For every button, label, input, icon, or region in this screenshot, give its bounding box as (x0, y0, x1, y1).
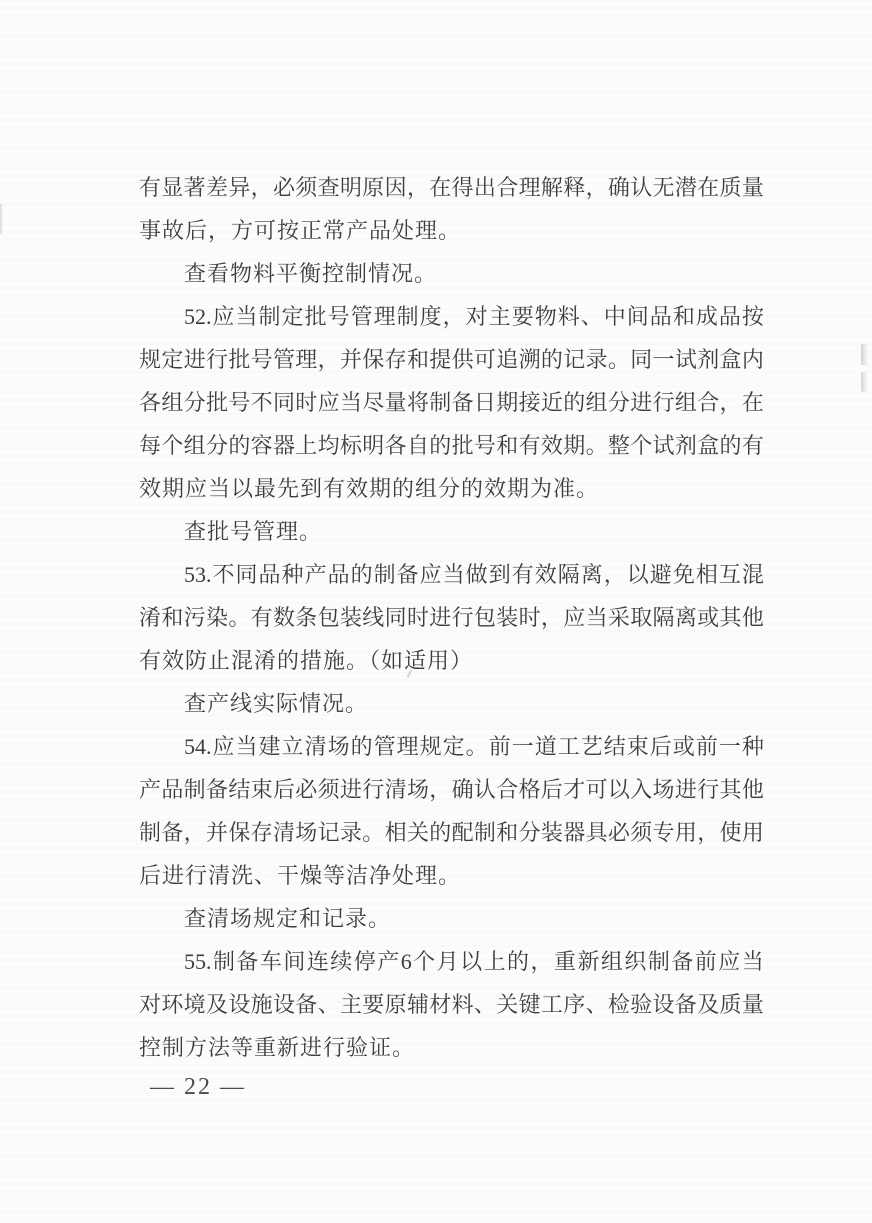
text-line: 查看物料平衡控制情况。 (139, 252, 764, 295)
text-line: 各组分批号不同时应当尽量将制备日期接近的组分进行组合，在 (139, 381, 764, 424)
text-line: 后进行清洗、干燥等洁净处理。 (139, 854, 764, 897)
scan-artifact (861, 372, 868, 392)
text-line: 有效防止混淆的措施。（如适用） (139, 639, 764, 682)
text-line: 查清场规定和记录。 (139, 897, 764, 940)
text-line: 每个组分的容器上均标明各自的批号和有效期。整个试剂盒的有 (139, 424, 764, 467)
text-line: 产品制备结束后必须进行清场，确认合格后才可以入场进行其他 (139, 768, 764, 811)
text-line: 有显著差异，必须查明原因，在得出合理解释，确认无潜在质量 (139, 166, 764, 209)
clause-54-line: 54.应当建立清场的管理规定。前一道工艺结束后或前一种 (139, 725, 764, 768)
text-line: 查产线实际情况。 (139, 682, 764, 725)
clause-52-line: 52.应当制定批号管理制度，对主要物料、中间品和成品按 (139, 295, 764, 338)
clause-53-line: 53.不同品种产品的制备应当做到有效隔离，以避免相互混 (139, 553, 764, 596)
clause-55-line: 55.制备车间连续停产6个月以上的，重新组织制备前应当 (139, 940, 764, 983)
scan-artifact (861, 344, 868, 365)
text-line: 规定进行批号管理，并保存和提供可追溯的记录。同一试剂盒内 (139, 338, 764, 381)
text-line: 淆和污染。有数条包装线同时进行包装时，应当采取隔离或其他 (139, 596, 764, 639)
text-line: 控制方法等重新进行验证。 (139, 1026, 764, 1069)
text-line: 查批号管理。 (139, 510, 764, 553)
text-line: 事故后，方可按正常产品处理。 (139, 209, 764, 252)
page-number: — 22 — (150, 1072, 246, 1102)
scanned-document-page: 有显著差异，必须查明原因，在得出合理解释，确认无潜在质量 事故后，方可按正常产品… (0, 0, 872, 1223)
text-line: 对环境及设施设备、主要原辅材料、关键工序、检验设备及质量 (139, 983, 764, 1026)
document-body: 有显著差异，必须查明原因，在得出合理解释，确认无潜在质量 事故后，方可按正常产品… (139, 166, 764, 1069)
text-line: 效期应当以最先到有效期的组分的效期为准。 (139, 467, 764, 510)
scan-artifact (0, 204, 2, 234)
text-line: 制备，并保存清场记录。相关的配制和分装器具必须专用，使用 (139, 811, 764, 854)
